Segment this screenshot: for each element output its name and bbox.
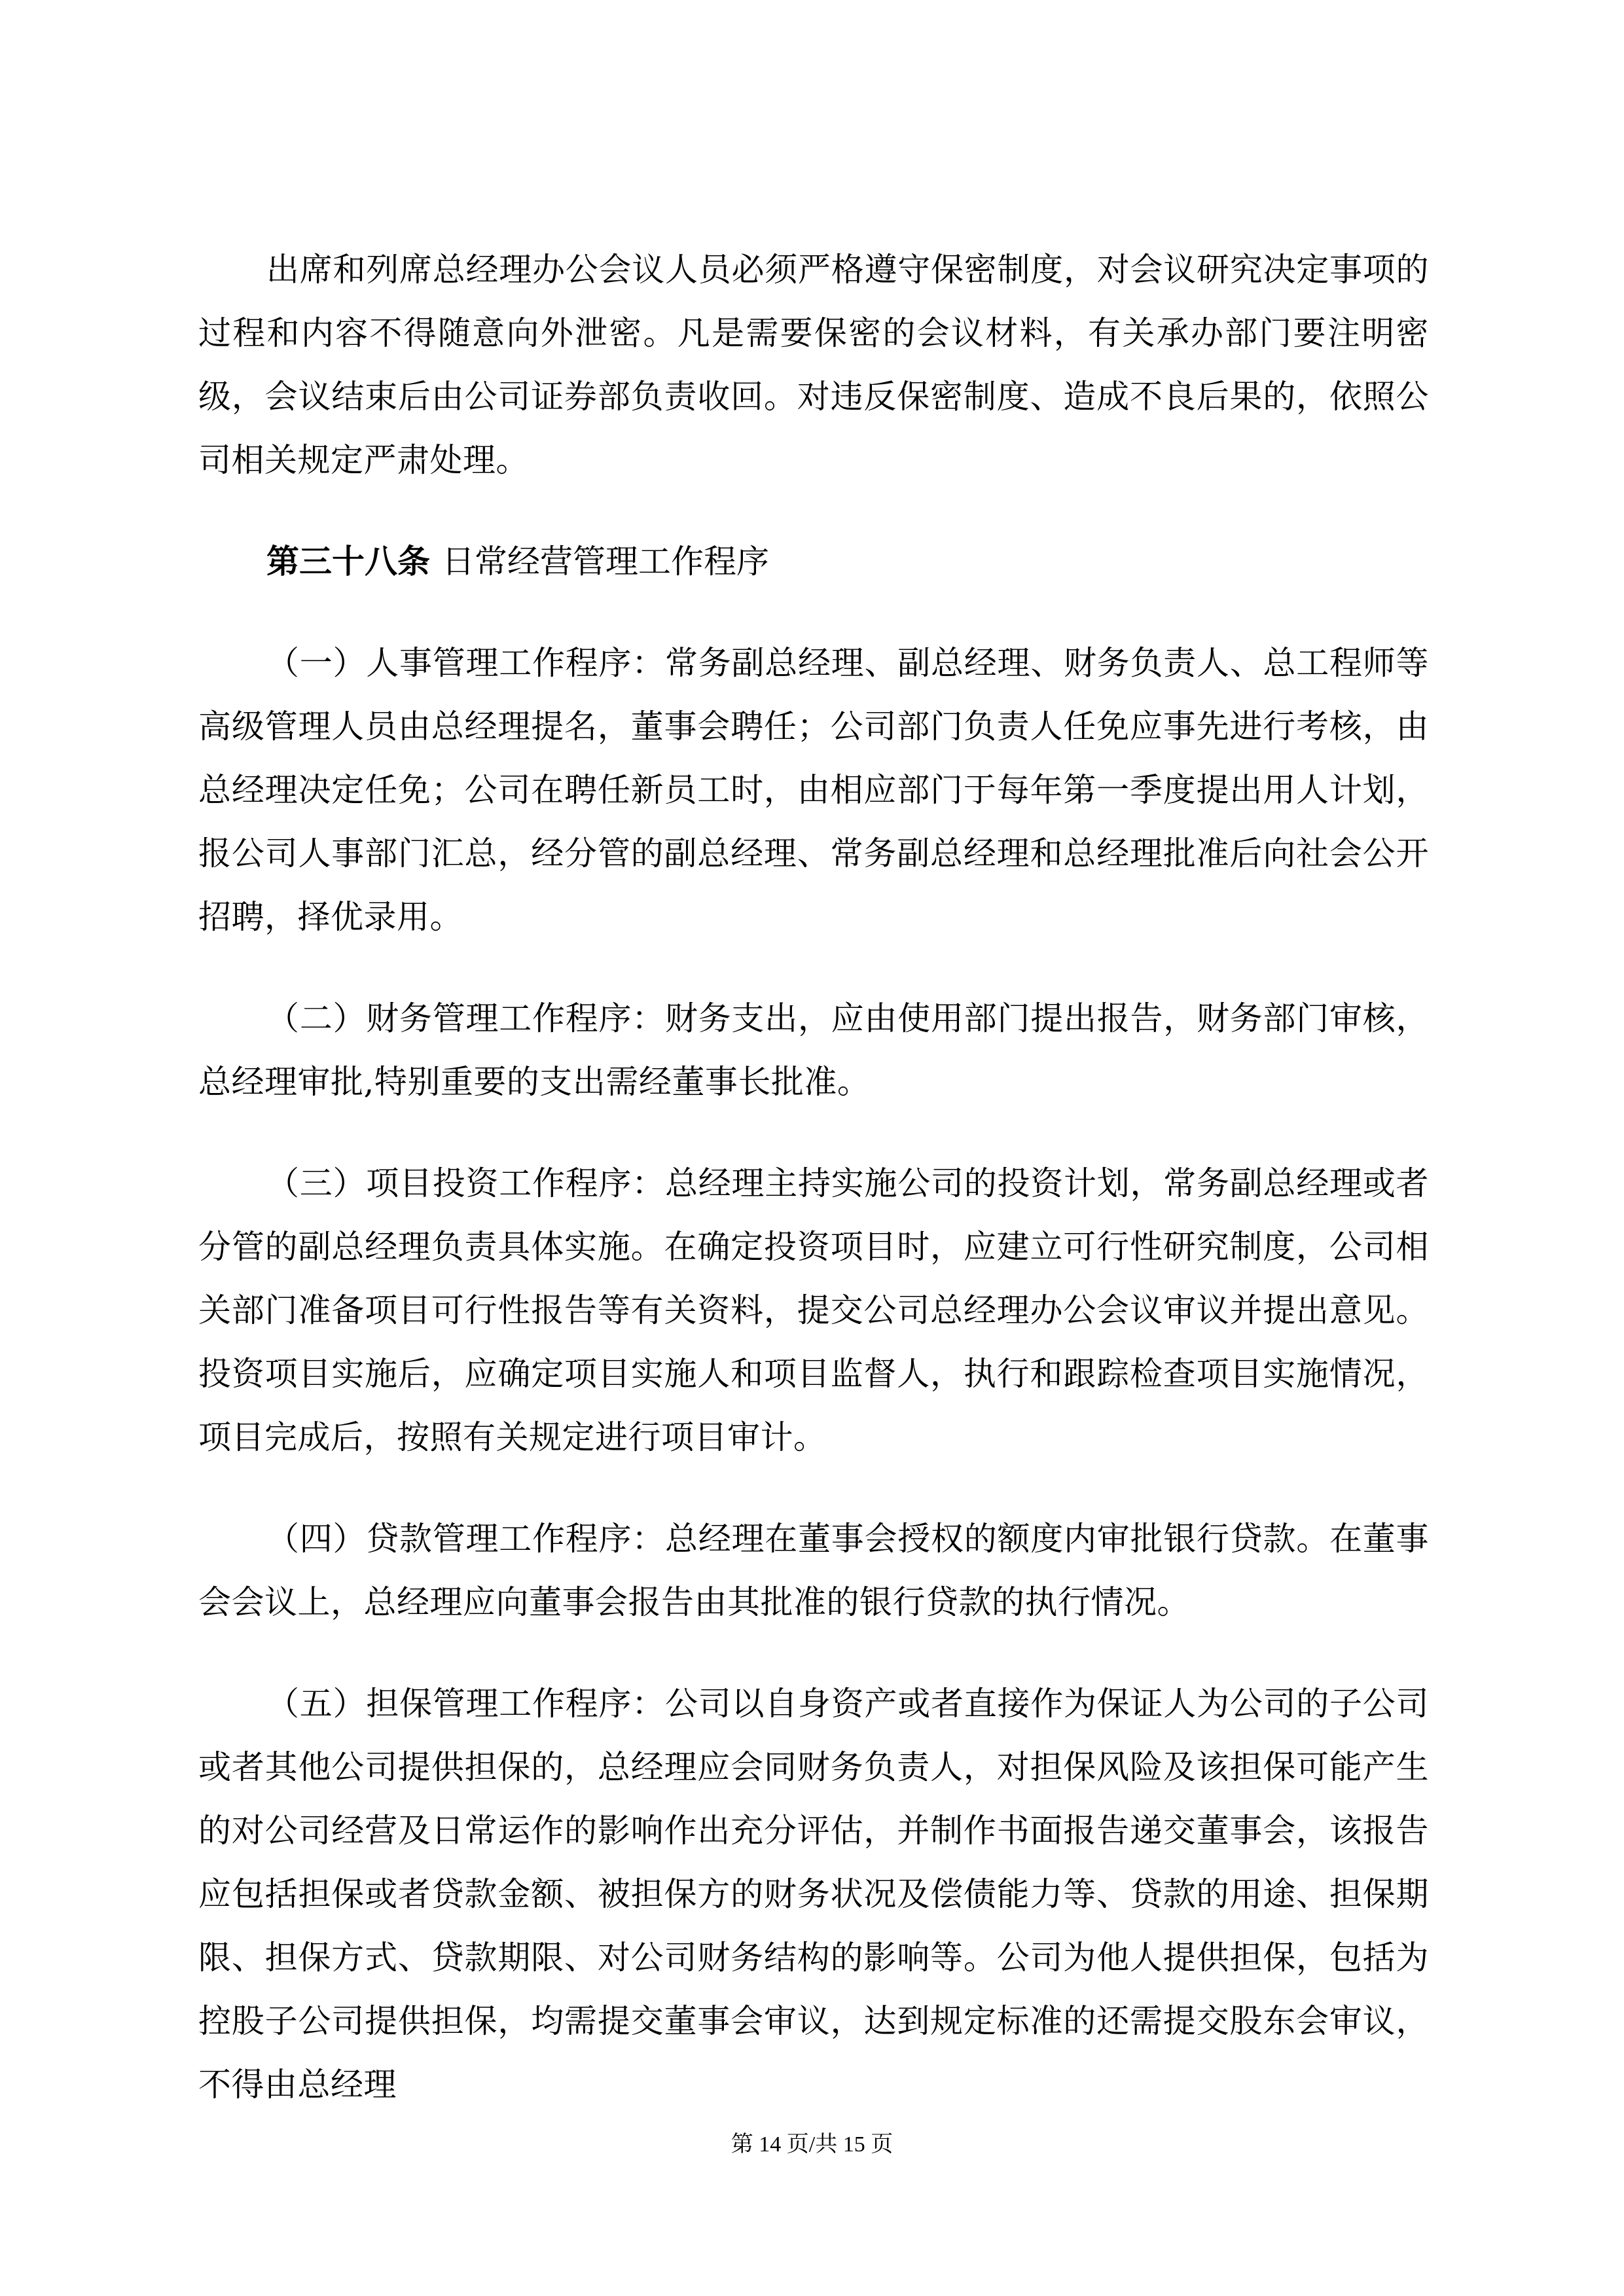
- document-body: 出席和列席总经理办公会议人员必须严格遵守保密制度，对会议研究决定事项的过程和内容…: [198, 238, 1429, 2155]
- article-number: 第三十八条: [266, 543, 430, 581]
- loan-procedure-paragraph: （四）贷款管理工作程序：总经理在董事会授权的额度内审批银行贷款。在董事会会议上，…: [198, 1507, 1429, 1634]
- article-title: 日常经营管理工作程序: [442, 543, 769, 581]
- investment-procedure-paragraph: （三）项目投资工作程序：总经理主持实施公司的投资计划，常务副总经理或者分管的副总…: [198, 1152, 1429, 1469]
- hr-procedure-paragraph: （一）人事管理工作程序：常务副总经理、副总经理、财务负责人、总工程师等高级管理人…: [198, 632, 1429, 949]
- confidentiality-paragraph: 出席和列席总经理办公会议人员必须严格遵守保密制度，对会议研究决定事项的过程和内容…: [198, 238, 1429, 492]
- finance-procedure-paragraph: （二）财务管理工作程序：财务支出，应由使用部门提出报告，财务部门审核，总经理审批…: [198, 987, 1429, 1114]
- document-page: 出席和列席总经理办公会议人员必须严格遵守保密制度，对会议研究决定事项的过程和内容…: [0, 0, 1624, 2296]
- article-heading: 第三十八条日常经营管理工作程序: [198, 530, 1429, 594]
- page-number-footer: 第 14 页/共 15 页: [0, 2130, 1624, 2159]
- guarantee-procedure-paragraph: （五）担保管理工作程序：公司以自身资产或者直接作为保证人为公司的子公司或者其他公…: [198, 1672, 1429, 2117]
